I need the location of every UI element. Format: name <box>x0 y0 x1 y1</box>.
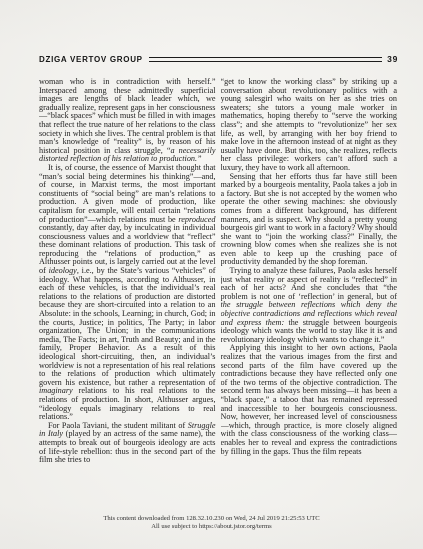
paragraph: woman who is in contradiction with herse… <box>39 78 216 164</box>
scanned-journal-page: DZIGA VERTOV GROUP 39 woman who is in co… <box>0 0 423 549</box>
paragraph: For Paola Taviani, the student militant … <box>39 422 216 465</box>
text-run: , i.e., by the State’s various “vehicles… <box>39 266 216 387</box>
article-body: woman who is in contradiction with herse… <box>39 78 397 492</box>
running-head-title: DZIGA VERTOV GROUP <box>39 55 143 64</box>
running-head: DZIGA VERTOV GROUP 39 <box>39 54 398 64</box>
paragraph: Trying to analyze these failures, Paola … <box>221 267 398 344</box>
double-rule-divider <box>149 57 382 62</box>
paragraph: Sensing that her efforts thus far have s… <box>221 173 398 268</box>
page-number: 39 <box>387 54 398 64</box>
text-run: (played by an actress of the same name),… <box>39 429 216 464</box>
text-run: Trying to analyze these failures, Paola … <box>221 266 398 301</box>
left-column: woman who is in contradiction with herse… <box>39 78 216 492</box>
jstor-footer: This content downloaded from 128.32.10.2… <box>0 515 423 532</box>
text-run: Applying this insight to her own actions… <box>221 343 398 455</box>
text-run: “get to know the working class” by strik… <box>221 78 398 172</box>
right-column: “get to know the working class” by strik… <box>221 78 398 492</box>
jstor-download-info: This content downloaded from 128.32.10.2… <box>0 515 423 523</box>
paragraph: “get to know the working class” by strik… <box>221 78 398 173</box>
paragraph: Applying this insight to her own actions… <box>221 344 398 456</box>
text-run: woman who is in contradiction with herse… <box>39 78 216 155</box>
text-run: Sensing that her efforts thus far have s… <box>221 172 398 267</box>
jstor-terms-info: All use subject to https://about.jstor.o… <box>0 523 423 531</box>
paragraph: It is, of course, the essence of Marxist… <box>39 164 216 422</box>
